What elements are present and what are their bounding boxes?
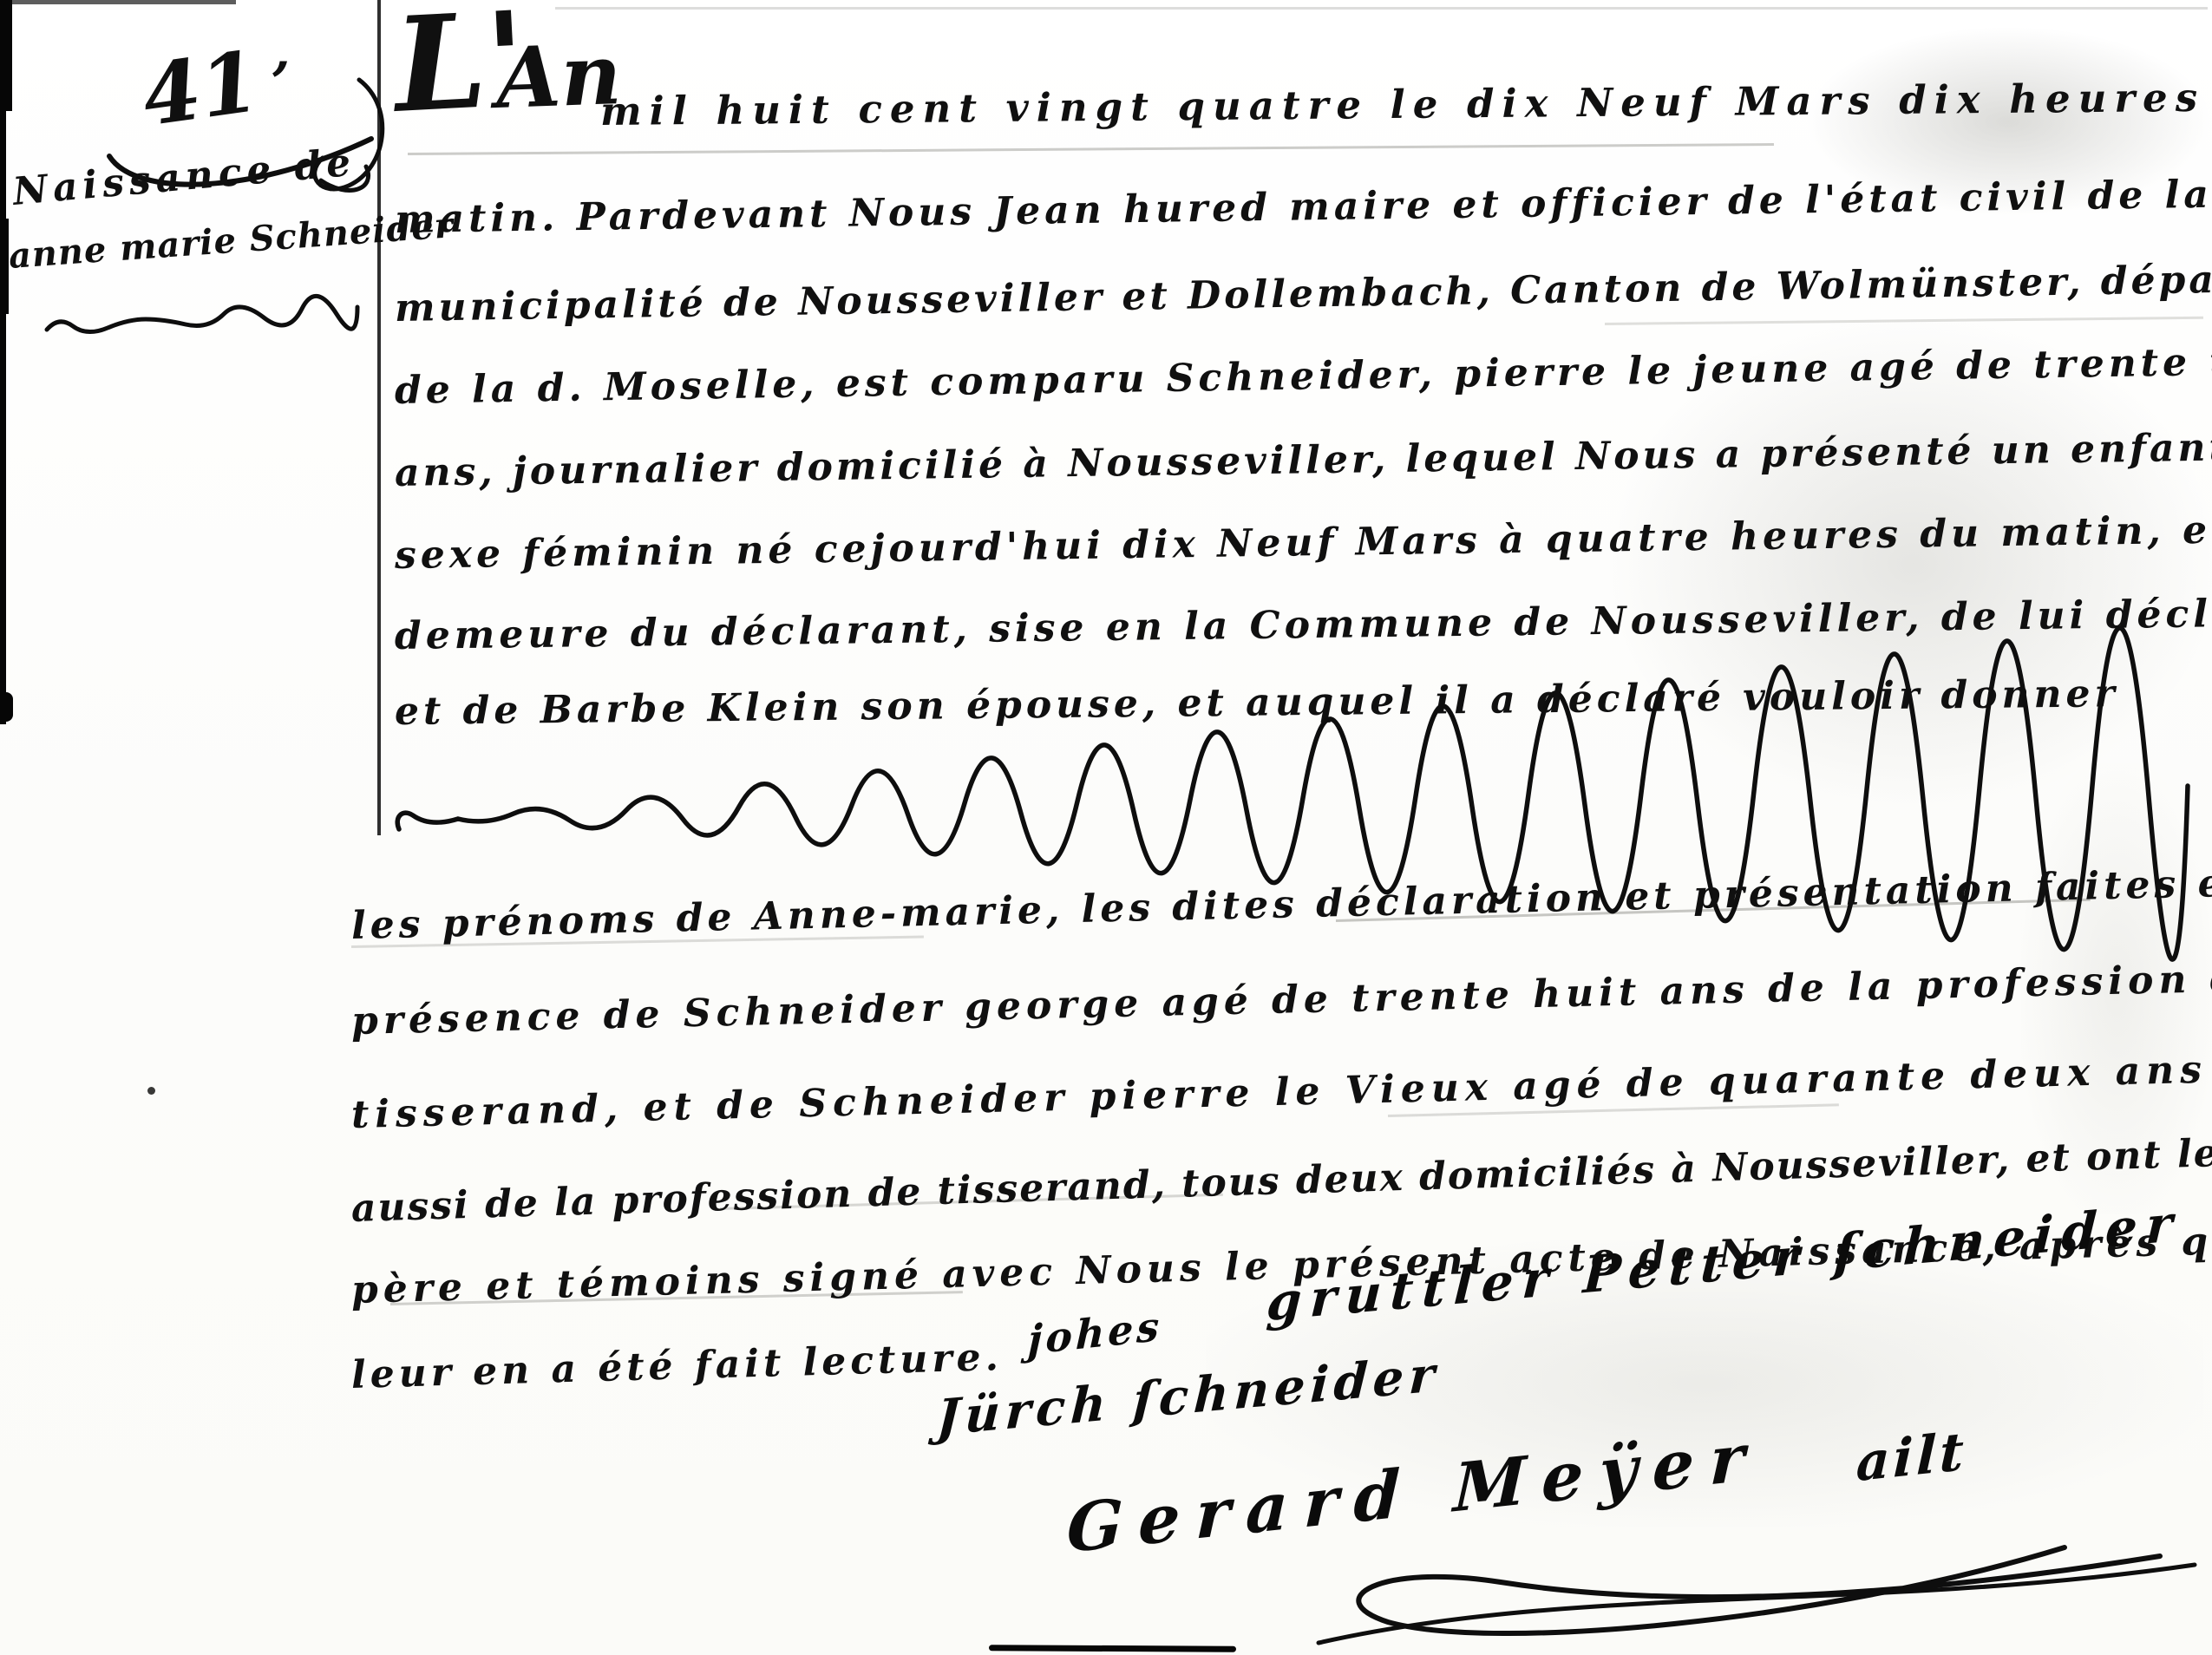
signature-peter-schneider: gruttler Petter ſchneider [1265,1193,2183,1332]
signature-george-schneider: Jürch ſchneider [935,1345,1441,1447]
page-left-edge-notch [0,0,12,111]
guide-line [555,7,2208,10]
guide-line [408,143,1774,155]
top-edge-smudge [0,0,236,4]
signature-witness-initials: johes [1027,1302,1163,1364]
act2-line-2: présence de Schneider george agé de tren… [350,956,2212,1043]
guide-line [1605,317,2203,325]
ink-dot [147,1087,155,1095]
act-line-6: sexe féminin né cejourd'hui dix Neuf Mar… [395,507,2212,578]
act2-line-3: tisserand, et de Schneider pierre le Vie… [350,1048,2208,1137]
act-line-5: ans, journalier domicilié à Nousseviller… [395,424,2212,495]
act-line-1: mil huit cent vingt quatre le dix Neuf M… [600,74,2212,134]
act2-line-6: leur en a été fait lecture. [350,1335,1003,1397]
act-line-2: matin. Pardevant Nous Jean hured maire e… [395,173,2212,242]
page-left-edge-notch [0,219,9,314]
signature-flourish [1214,1537,2212,1655]
signature-suffix-alt: ailt [1855,1421,1968,1494]
wavy-divider-line [392,774,2196,843]
act-line-4: de la d. Moselle, est comparu Schneider,… [395,339,2212,413]
margin-comma-flourish: ’ [271,50,290,115]
scanned-birth-record: 41 ’ Naissance de anne marie Schneider L… [0,0,2212,1655]
margin-underline-squiggle [42,293,363,349]
act-line-7: demeure du déclarant, sise en la Commune… [395,590,2212,658]
bottom-edge-mark [989,1645,1236,1652]
paper-stain [1613,321,2212,807]
act-line-8: et de Barbe Klein son épouse, et auquel … [395,671,2119,734]
page-left-edge-notch [0,692,13,722]
